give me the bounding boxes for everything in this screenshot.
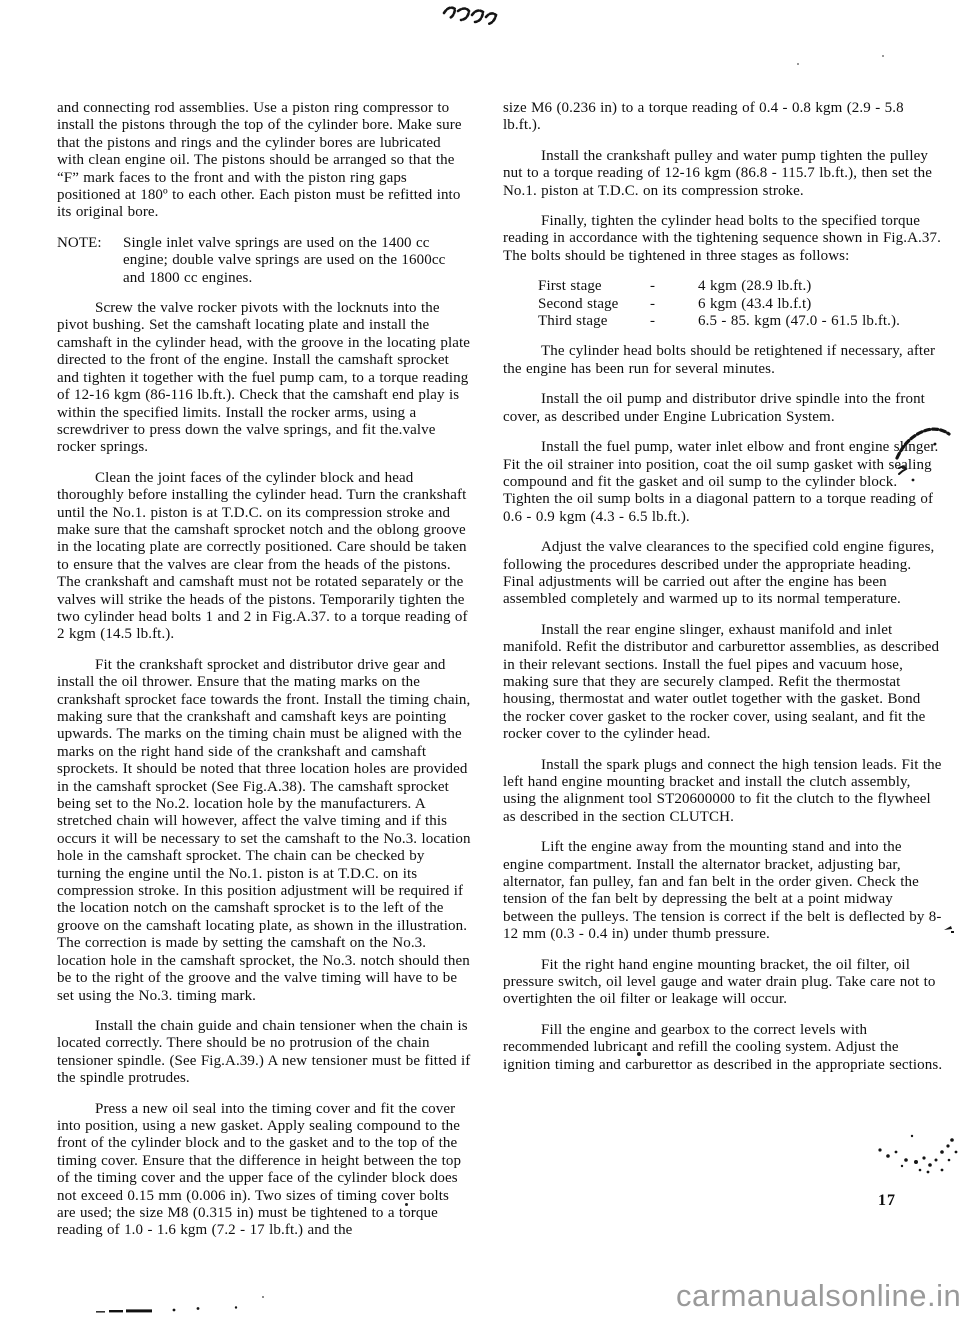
ink-smudge-top: [441, 3, 499, 38]
scan-mark: [942, 922, 956, 941]
paragraph: Install the spark plugs and connect the …: [503, 757, 943, 827]
watermark: carmanualsonline.info: [676, 1278, 960, 1314]
left-column: and connecting rod assemblies. Use a pis…: [57, 100, 471, 1253]
note-block: NOTE: Single inlet valve springs are use…: [57, 235, 471, 287]
paragraph: Fit the right hand engine mounting brack…: [503, 957, 943, 1009]
scan-dot: [405, 1203, 408, 1206]
stage-label: Second stage: [538, 296, 650, 313]
table-row: Third stage - 6.5 - 85. kgm (47.0 - 61.5…: [538, 313, 943, 330]
table-row: First stage - 4 kgm (28.9 lb.ft.): [538, 278, 943, 295]
pen-dash-marks: [96, 1303, 296, 1318]
paragraph: Adjust the valve clearances to the speci…: [503, 539, 943, 609]
stage-dash: -: [650, 278, 698, 295]
paragraph: Lift the engine away from the mounting s…: [503, 839, 943, 943]
paragraph: and connecting rod assemblies. Use a pis…: [57, 100, 471, 222]
note-label: NOTE:: [57, 235, 123, 287]
paragraph: Finally, tighten the cylinder head bolts…: [503, 213, 943, 265]
table-row: Second stage - 6 kgm (43.4 lb.f.t): [538, 296, 943, 313]
scan-dot: [637, 1052, 641, 1056]
stage-value: 6 kgm (43.4 lb.f.t): [698, 296, 943, 313]
stage-label: Third stage: [538, 313, 650, 330]
speckle-cluster: [872, 1130, 960, 1189]
right-column: size M6 (0.236 in) to a torque reading o…: [503, 100, 943, 1087]
stage-value: 4 kgm (28.9 lb.ft.): [698, 278, 943, 295]
paragraph: Clean the joint faces of the cylinder bl…: [57, 470, 471, 644]
paragraph: Press a new oil seal into the timing cov…: [57, 1101, 471, 1240]
stage-label: First stage: [538, 278, 650, 295]
paragraph: Install the rear engine slinger, exhaust…: [503, 622, 943, 744]
stage-value: 6.5 - 85. kgm (47.0 - 61.5 lb.ft.).: [698, 313, 943, 330]
stage-dash: -: [650, 296, 698, 313]
paragraph: Fit the crankshaft sprocket and distribu…: [57, 657, 471, 1005]
manual-page: and connecting rod assemblies. Use a pis…: [0, 0, 960, 1318]
paragraph: Fill the engine and gearbox to the corre…: [503, 1022, 943, 1074]
scan-dot: [882, 55, 884, 57]
paragraph: Install the chain guide and chain tensio…: [57, 1018, 471, 1088]
torque-stages-table: First stage - 4 kgm (28.9 lb.ft.) Second…: [538, 278, 943, 330]
paragraph: Install the fuel pump, water inlet elbow…: [503, 439, 943, 526]
stage-dash: -: [650, 313, 698, 330]
paragraph: Screw the valve rocker pivots with the l…: [57, 300, 471, 457]
scan-dot: [262, 1296, 264, 1298]
page-number: 17: [878, 1192, 896, 1210]
paragraph: Install the crankshaft pulley and water …: [503, 148, 943, 200]
note-text: Single inlet valve springs are used on t…: [123, 235, 471, 287]
paragraph: size M6 (0.236 in) to a torque reading o…: [503, 100, 943, 135]
paragraph: Install the oil pump and distributor dri…: [503, 391, 943, 426]
paragraph: The cylinder head bolts should be retigh…: [503, 343, 943, 378]
scan-dot: [413, 1210, 415, 1212]
scan-dot: [797, 63, 799, 65]
